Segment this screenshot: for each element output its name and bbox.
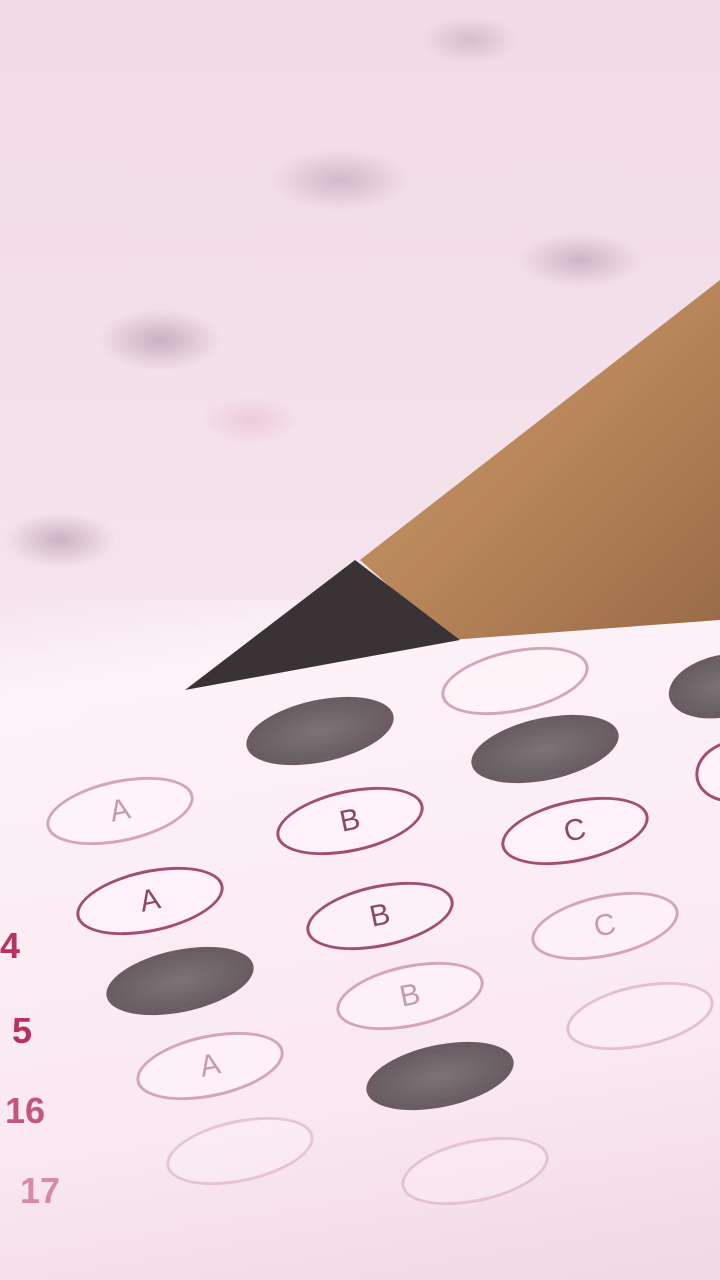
photo-scene: A B C 4 A B C 5 A B 16 A 17 [0, 0, 720, 1280]
pencil-icon [0, 0, 720, 1280]
